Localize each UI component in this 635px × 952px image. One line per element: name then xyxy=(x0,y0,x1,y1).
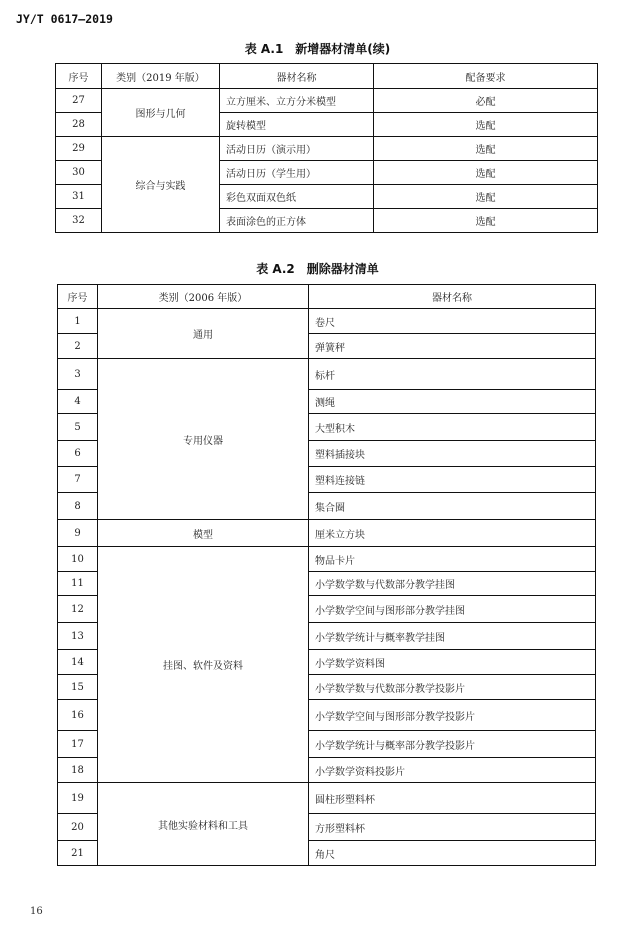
item-name: 塑料连接链 xyxy=(309,467,596,493)
page-number: 16 xyxy=(30,906,43,917)
item-name: 旋转模型 xyxy=(220,113,374,137)
row-number: 19 xyxy=(58,783,98,814)
item-name: 小学数学资料图 xyxy=(309,650,596,675)
category-cell: 其他实验材料和工具 xyxy=(98,783,309,866)
category-cell: 通用 xyxy=(98,309,309,359)
requirement: 必配 xyxy=(374,89,598,113)
col-header: 器材名称 xyxy=(309,285,596,309)
table-a2-header: 序号 类别（2006 年版） 器材名称 xyxy=(58,285,596,309)
table-row: 19其他实验材料和工具圆柱形塑料杯 xyxy=(58,783,596,814)
row-number: 21 xyxy=(58,841,98,866)
row-number: 3 xyxy=(58,359,98,390)
table-row: 29 综合与实践 活动日历（演示用） 选配 xyxy=(56,137,598,161)
col-header: 器材名称 xyxy=(220,64,374,89)
item-name: 小学数学空间与图形部分教学投影片 xyxy=(309,700,596,731)
row-number: 13 xyxy=(58,623,98,650)
col-header: 序号 xyxy=(56,64,102,89)
row-number: 18 xyxy=(58,758,98,783)
table-a1-caption: 表 A.1 新增器材清单(续) xyxy=(0,40,635,57)
item-name: 彩色双面双色纸 xyxy=(220,185,374,209)
category-cell: 图形与几何 xyxy=(102,89,220,137)
table-a1: 序号 类别（2019 年版） 器材名称 配备要求 27 图形与几何 立方厘米、立… xyxy=(55,63,598,233)
category-cell: 模型 xyxy=(98,520,309,547)
row-number: 1 xyxy=(58,309,98,334)
row-number: 32 xyxy=(56,209,102,233)
col-header: 配备要求 xyxy=(374,64,598,89)
row-number: 7 xyxy=(58,467,98,493)
requirement: 选配 xyxy=(374,137,598,161)
row-number: 9 xyxy=(58,520,98,547)
row-number: 29 xyxy=(56,137,102,161)
category-cell: 专用仪器 xyxy=(98,359,309,520)
item-name: 角尺 xyxy=(309,841,596,866)
item-name: 圆柱形塑料杯 xyxy=(309,783,596,814)
row-number: 17 xyxy=(58,731,98,758)
row-number: 16 xyxy=(58,700,98,731)
category-cell: 综合与实践 xyxy=(102,137,220,233)
item-name: 标杆 xyxy=(309,359,596,390)
item-name: 弹簧秤 xyxy=(309,334,596,359)
item-name: 小学数学统计与概率教学挂图 xyxy=(309,623,596,650)
item-name: 方形塑料杯 xyxy=(309,814,596,841)
item-name: 物品卡片 xyxy=(309,547,596,572)
table-a1-header: 序号 类别（2019 年版） 器材名称 配备要求 xyxy=(56,64,598,89)
row-number: 6 xyxy=(58,441,98,467)
row-number: 5 xyxy=(58,414,98,441)
col-header: 类别（2006 年版） xyxy=(98,285,309,309)
item-name: 活动日历（演示用） xyxy=(220,137,374,161)
item-name: 小学数学统计与概率部分教学投影片 xyxy=(309,731,596,758)
row-number: 27 xyxy=(56,89,102,113)
row-number: 10 xyxy=(58,547,98,572)
standard-number: JY/T 0617—2019 xyxy=(16,12,113,26)
table-row: 9模型厘米立方块 xyxy=(58,520,596,547)
table-row: 1通用卷尺 xyxy=(58,309,596,334)
item-name: 厘米立方块 xyxy=(309,520,596,547)
row-number: 12 xyxy=(58,596,98,623)
row-number: 28 xyxy=(56,113,102,137)
item-name: 卷尺 xyxy=(309,309,596,334)
requirement: 选配 xyxy=(374,161,598,185)
item-name: 小学数学数与代数部分教学挂图 xyxy=(309,572,596,596)
table-row: 3专用仪器标杆 xyxy=(58,359,596,390)
item-name: 测绳 xyxy=(309,390,596,414)
row-number: 20 xyxy=(58,814,98,841)
row-number: 30 xyxy=(56,161,102,185)
item-name: 大型积木 xyxy=(309,414,596,441)
row-number: 15 xyxy=(58,675,98,700)
table-a2-caption: 表 A.2 删除器材清单 xyxy=(0,260,635,277)
row-number: 4 xyxy=(58,390,98,414)
item-name: 小学数学空间与图形部分教学挂图 xyxy=(309,596,596,623)
item-name: 塑料插接块 xyxy=(309,441,596,467)
item-name: 表面涂色的正方体 xyxy=(220,209,374,233)
row-number: 2 xyxy=(58,334,98,359)
item-name: 小学数学资料投影片 xyxy=(309,758,596,783)
item-name: 立方厘米、立方分米模型 xyxy=(220,89,374,113)
item-name: 集合圈 xyxy=(309,493,596,520)
row-number: 14 xyxy=(58,650,98,675)
row-number: 11 xyxy=(58,572,98,596)
row-number: 31 xyxy=(56,185,102,209)
category-cell: 挂图、软件及资料 xyxy=(98,547,309,783)
col-header: 序号 xyxy=(58,285,98,309)
row-number: 8 xyxy=(58,493,98,520)
requirement: 选配 xyxy=(374,185,598,209)
requirement: 选配 xyxy=(374,113,598,137)
table-row: 10挂图、软件及资料物品卡片 xyxy=(58,547,596,572)
item-name: 小学数学数与代数部分教学投影片 xyxy=(309,675,596,700)
requirement: 选配 xyxy=(374,209,598,233)
table-row: 27 图形与几何 立方厘米、立方分米模型 必配 xyxy=(56,89,598,113)
table-a2: 序号 类别（2006 年版） 器材名称 1通用卷尺 2弹簧秤 3专用仪器标杆 4… xyxy=(57,284,596,866)
col-header: 类别（2019 年版） xyxy=(102,64,220,89)
item-name: 活动日历（学生用） xyxy=(220,161,374,185)
